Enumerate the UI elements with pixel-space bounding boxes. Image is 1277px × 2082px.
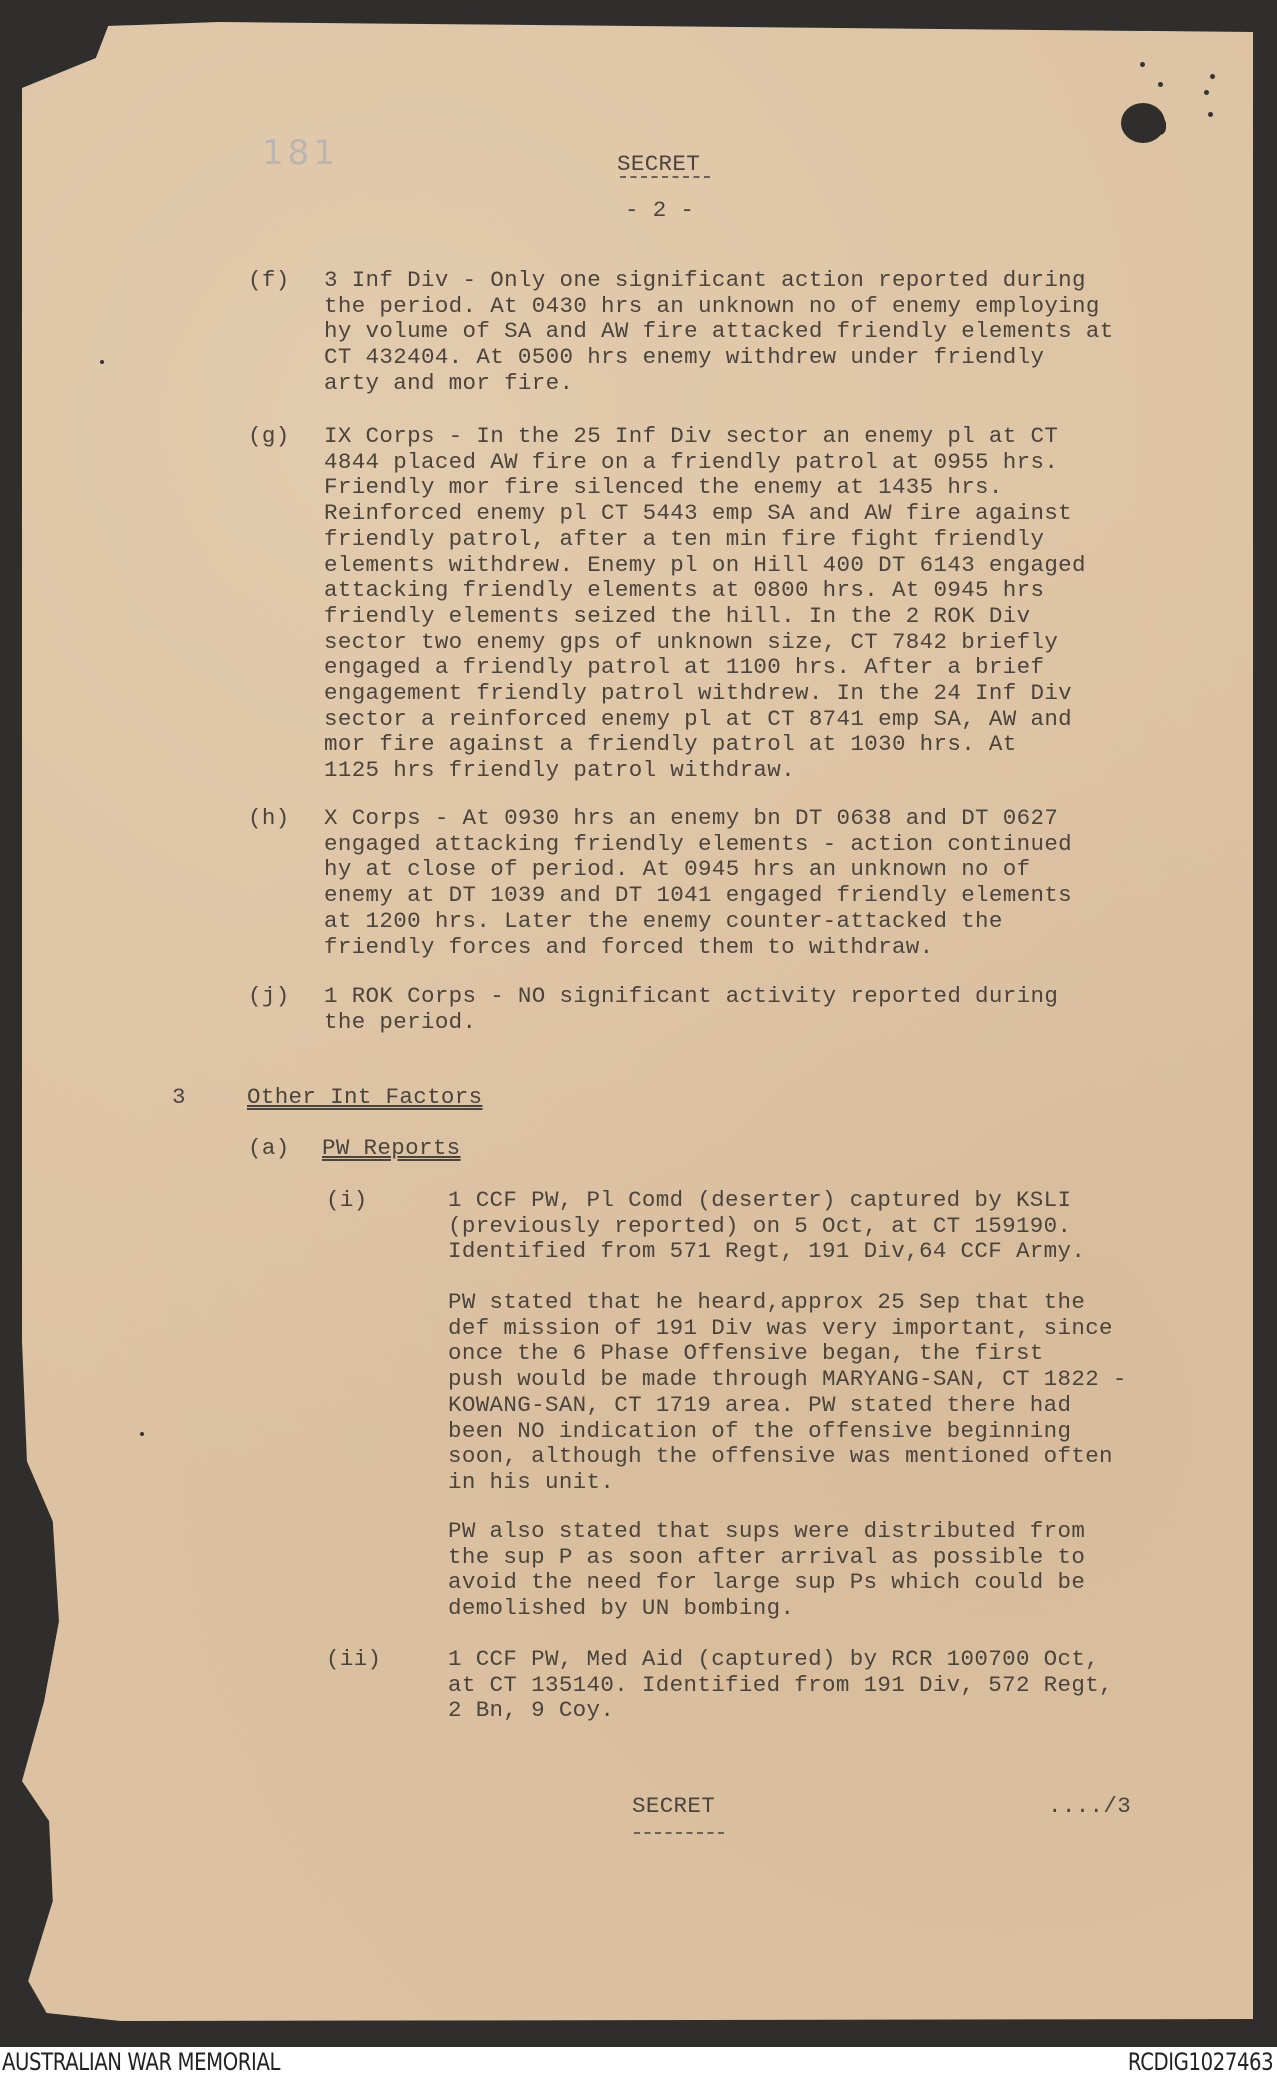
section-title: Other Int Factors	[247, 1085, 483, 1111]
header-classification: SECRET	[617, 152, 700, 178]
subsection-title: PW Reports	[322, 1136, 461, 1162]
ink-speck	[1204, 90, 1209, 95]
pw-report-i-paragraph: PW stated that he heard,approx 25 Sep th…	[448, 1290, 1228, 1496]
footer-underline	[634, 1832, 724, 1834]
item-label: (h)	[248, 806, 290, 832]
header-underline	[620, 176, 710, 178]
report-text: 1 CCF PW, Med Aid (captured) by RCR 1007…	[448, 1647, 1228, 1724]
page-number: - 2 -	[625, 198, 694, 224]
item-text: 3 Inf Div - Only one significant action …	[324, 268, 1224, 397]
record-id-caption: RCDIG1027463	[1128, 2048, 1273, 2076]
continuation-marker: ..../3	[1048, 1794, 1131, 1820]
ink-speck	[1210, 74, 1215, 79]
item-text: X Corps - At 0930 hrs an enemy bn DT 063…	[324, 806, 1224, 960]
report-label: (ii)	[326, 1647, 381, 1673]
item-label: (f)	[248, 268, 290, 294]
institution-caption: AUSTRALIAN WAR MEMORIAL	[2, 2048, 280, 2076]
item-text: 1 ROK Corps - NO significant activity re…	[324, 984, 1224, 1035]
punch-hole-tear	[1150, 117, 1166, 135]
section-number: 3	[172, 1085, 186, 1111]
item-text: IX Corps - In the 25 Inf Div sector an e…	[324, 424, 1224, 784]
ink-speck	[1208, 112, 1213, 117]
report-label: (i)	[326, 1188, 368, 1214]
subsection-label: (a)	[248, 1136, 290, 1162]
ink-speck	[1140, 62, 1145, 67]
pencil-folio-number: 181	[262, 133, 339, 173]
footer-classification: SECRET	[632, 1794, 715, 1820]
ink-speck	[1158, 82, 1163, 87]
item-label: (g)	[248, 424, 290, 450]
ink-speck	[100, 360, 104, 364]
pw-report-i-paragraph: PW also stated that sups were distribute…	[448, 1519, 1228, 1622]
report-text: 1 CCF PW, Pl Comd (deserter) captured by…	[448, 1188, 1228, 1265]
item-label: (j)	[248, 984, 290, 1010]
ink-speck	[140, 1432, 144, 1436]
